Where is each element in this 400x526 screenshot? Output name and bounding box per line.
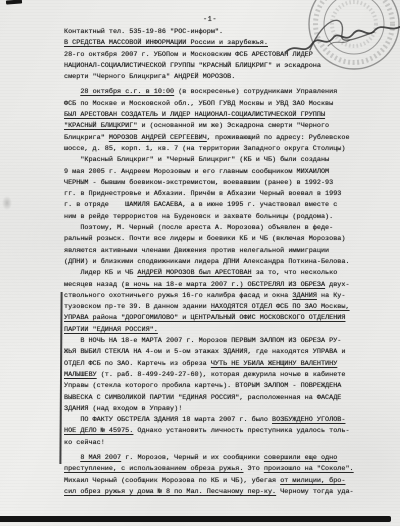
text-line: ЧЕРНЫМ - бывшим боевиком-экстремистом, в… [64, 178, 374, 189]
text-line: МАЛЫШЕВУ (т. раб. 8-499-249-27-60), кото… [64, 370, 374, 381]
text-line: ЗДАНИЯ (над входом в Управу)! [64, 404, 374, 415]
text-line: В НОЧЬ НА 18-е МАРТА 2007 г. Морозов ПЕР… [64, 336, 374, 347]
text-line: Михаил Черный (сообщник Морозова по КБ и… [64, 476, 374, 487]
text-line: НАЦИОНАЛ-СОЦИАЛИСТИЧЕСКОЙ ГРУППЫ "КРАСНЫ… [64, 61, 374, 72]
text-line: Поэтому, М. Черный (после ареста А. Моро… [64, 223, 374, 234]
text-line: сил обрез ружья у дома № 8 по Мал. Песча… [64, 487, 374, 498]
text-line: БЫЛ АРЕСТОВАН СОЗДАТЕЛЬ И ЛИДЕР НАЦИОНАЛ… [64, 110, 374, 121]
text-line: 9 мая 2005 г. Андреем Морозовым и его гл… [64, 167, 374, 178]
edge-smudge [2, 196, 12, 210]
text-line: тузовском пр-те 39. В данном здании НАХО… [64, 302, 374, 313]
text-line: смерти "Черного Блицкрига" АНДРЕЙ МОРОЗО… [64, 72, 374, 83]
text-line: г. в отряде ШАМИЛЯ БАСАЕВА, а в июне 199… [64, 200, 374, 211]
text-line: Контактный тел. 535-19-86 "РОС-информ". [64, 27, 374, 38]
text-line: "КРАСНЫЙ БЛИЦКРИГ" и (основанной им же) … [64, 121, 374, 132]
text-line: Блицкрига" МОРОЗОВ АНДРЕЙ СЕРГЕЕВИЧ, про… [64, 133, 374, 144]
text-line: ПАРТИИ "ЕДИНАЯ РОССИЯ". [64, 325, 374, 336]
margin-mark-line [59, 292, 62, 464]
text-line: Управы (стекла которого пробила картечь)… [64, 381, 374, 392]
text-line: ральный розыск. Почти все лидеры и боеви… [64, 234, 374, 245]
text-line: месяцев назад (в ночь на 18-е марта 2007… [64, 280, 374, 291]
text-line: ОТДЕЛ ФСБ по ЗАО. Картечь из обреза ЧУТЬ… [64, 359, 374, 370]
text-line: В СРЕДСТВА МАССОВОЙ ИНФОРМАЦИИ России и … [64, 38, 374, 49]
text-line: 8 МАЯ 2007 г. Морозов, Черный и их сообщ… [64, 453, 374, 464]
text-line: ЖЬЯ ВЫБИЛ СТЕКЛА НА 4-ом и 5-ом этажах З… [64, 347, 374, 358]
text-line: "Красный Блицкриг" и "Черный Блицкриг" (… [64, 155, 374, 166]
document-body: Контактный тел. 535-19-86 "РОС-информ".В… [64, 27, 374, 498]
bottom-scan-bar [0, 516, 391, 522]
text-line: ним в рейде террористов на Буденовск и з… [64, 212, 374, 223]
corner-scan-mark [6, 0, 22, 5]
text-line: ко сейчас! [64, 438, 374, 449]
text-line: шоссе, д. 85, корп. 1, кв. 7 (на террито… [64, 144, 374, 155]
text-line: Лидер КБ и ЧБ АНДРЕЙ МОРОЗОВ был АРЕСТОВ… [64, 268, 374, 279]
text-line: ствольного охотничьего ружья 16-го калиб… [64, 291, 374, 302]
text-line: НОЕ ДЕЛО № 45975. Однако установить личн… [64, 426, 374, 437]
text-line: УПРАВА района "ДОРОГОМИЛОВО" и ЦЕНТРАЛЬН… [64, 313, 374, 324]
text-line: гг. в Приднестровье и Абхазии. Причём в … [64, 189, 374, 200]
text-line: ПО ФАКТУ ОБСТРЕЛА ЗДАНИЯ 18 марта 2007 г… [64, 415, 374, 426]
scanned-page: -1- Контактный тел. 535-19-86 "РОС-инфор… [0, 0, 400, 526]
text-line: (ДПНИ) и близкими сподвижниками лидера Д… [64, 257, 374, 268]
text-line: являются активными членами Движения прот… [64, 246, 374, 257]
text-line: ВЫВЕСКА С СИМВОЛИКОЙ ПАРТИИ "ЕДИНАЯ РОСС… [64, 393, 374, 404]
text-line: 28 октября с.г. в 10:00 (в воскресенье) … [64, 87, 374, 98]
text-line: 28-го октября 2007 г. УБОПом и Московски… [64, 50, 374, 61]
text-line: преступление, с использованием обреза ру… [64, 464, 374, 475]
text-line: ФСБ по Москве и Московской обл., УБОП ГУ… [64, 99, 374, 110]
